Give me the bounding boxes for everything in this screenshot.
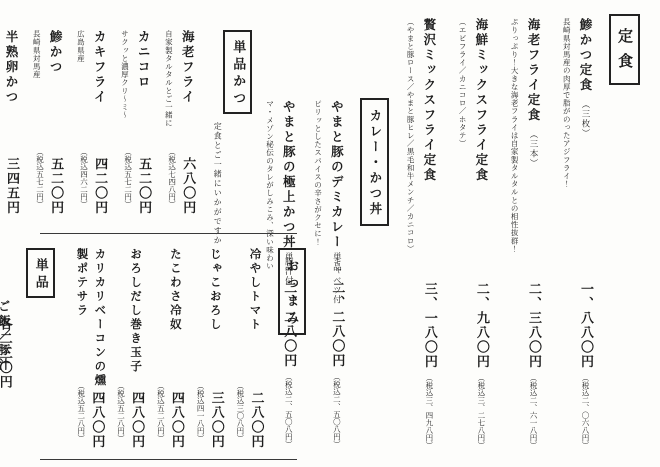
section-heading-box: カレー・かつ丼 xyxy=(360,14,389,456)
price-tax-amount: （税込五二八円） xyxy=(115,382,125,449)
price-tax-amount: （税込五二八円） xyxy=(76,382,86,449)
price-amount: 五二〇円 xyxy=(136,157,151,215)
item-price: 二八〇円（税込三〇八円） xyxy=(235,382,267,449)
item-name: じゃこおろし xyxy=(206,248,224,332)
price-amount: 三八〇円 xyxy=(209,391,224,449)
menu-item: じゃこおろし三八〇円（税込四一八円） xyxy=(203,246,228,458)
price-amount: 一、八八〇円 xyxy=(578,282,593,369)
item-name: 海老フライ定食（三本） xyxy=(526,18,541,168)
price-amount: 四八〇円 xyxy=(169,391,184,449)
menu-item: 海老フライ定食（三本）ぷりっぷり！大きな海老フライは自家製タルタルとの相性抜群！… xyxy=(509,14,545,456)
menu-item: たこわさ冷奴四八〇円（税込五二八円） xyxy=(163,246,188,458)
item-name-note: （三枚） xyxy=(580,100,590,138)
item-price: 三、一八〇円（税込三、四九八円） xyxy=(418,282,440,449)
section-heading-box: 単品 xyxy=(26,246,55,458)
menu-item: やまと豚のデミカレーキャベツ付ピリッとしたスパイスの辛さがクセに！単品二、二八〇… xyxy=(312,14,348,456)
item-description: ピリッとしたスパイスの辛さがクセに！ xyxy=(312,100,323,456)
item-name: 鯵かつ xyxy=(48,30,63,75)
price-tax-amount: （税込三〇八円） xyxy=(235,382,245,449)
menu-item: 贅沢ミックスフライ定食（やまと豚ロース／やまと豚ヒレ／黒毛和牛メンチ／カニコロ）… xyxy=(405,14,441,456)
price-amount: 三、一八〇円 xyxy=(422,282,437,369)
item-description: ぷりっぷり！大きな海老フライは自家製タルタルとの相性抜群！ xyxy=(509,18,520,456)
price-amount: 四八〇円 xyxy=(89,391,104,449)
price-tax-amount: （税込二、五〇八円） xyxy=(332,373,341,448)
price-tax-amount: （税込七四八円） xyxy=(167,148,177,215)
menu-item: おろしだし巻き玉子四八〇円（税込五二八円） xyxy=(123,246,148,458)
item-name: 贅沢ミックスフライ定食 xyxy=(422,18,437,183)
separator-line xyxy=(40,459,297,460)
price-tax-amount: （税込二、六一八円） xyxy=(529,374,538,449)
price-amount: 三四五円 xyxy=(4,157,19,215)
item-name: 半熟卵かつ xyxy=(4,30,19,105)
item-price: 四八〇円（税込五二八円） xyxy=(155,382,187,449)
section-heading-box: 定食 xyxy=(609,14,640,456)
item-description: （エビフライ／カニコロ／ホタテ） xyxy=(457,18,468,456)
price-tax-amount: （税込四一八円） xyxy=(195,382,205,449)
menu-item: カリカリベーコンの燻製ポテサラ四八〇円（税込五二八円） xyxy=(70,246,109,458)
item-price: 五二〇円（税込五七二円） xyxy=(122,148,154,215)
price-amount: 二、九八〇円 xyxy=(474,282,489,369)
price-tax-amount: （税込五二八円） xyxy=(155,382,165,449)
price-amount: 六八〇円 xyxy=(180,157,195,215)
item-name: カニコロ xyxy=(136,30,151,90)
item-price: 一、八八〇円（税込二、〇六八円） xyxy=(574,282,596,449)
price-amount: 四八〇円 xyxy=(129,391,144,449)
item-name: たこわさ冷奴 xyxy=(166,248,184,332)
menu-item: ご飯／豚汁各二三〇円（税込二五三円） xyxy=(0,246,16,458)
price-unit-label: 単品 xyxy=(331,252,341,273)
item-price: 四八〇円（税込五二八円） xyxy=(76,382,108,449)
item-name: 海老フライ xyxy=(180,30,195,105)
price-amount: 四二〇円 xyxy=(92,157,107,215)
item-name: 冷やしトマト xyxy=(246,248,264,332)
item-price: 五二〇円（税込五七二円） xyxy=(34,148,66,215)
item-name: おろしだし巻き玉子 xyxy=(126,248,144,374)
separator-line xyxy=(40,233,297,234)
price-amount: 五二〇円 xyxy=(48,157,63,215)
item-price: 三八〇円（税込四一八円） xyxy=(195,382,227,449)
price-tax-amount: （税込四六二円） xyxy=(78,148,88,215)
menu-item: 海鮮ミックスフライ定食（エビフライ／カニコロ／ホタテ）二、九八〇円（税込三、二七… xyxy=(457,14,493,456)
price-tax-amount: （税込五七二円） xyxy=(34,148,44,215)
item-name: 海鮮ミックスフライ定食 xyxy=(474,18,489,183)
price-amount: 二、二八〇円 xyxy=(329,281,344,368)
item-price: 六八〇円（税込七四八円） xyxy=(167,148,199,215)
menu-page: 定食 鯵かつ定食（三枚）長崎県対馬産の肉厚で脂がのったアジフライ！一、八八〇円（… xyxy=(0,0,660,467)
item-name: カリカリベーコンの燻製ポテサラ xyxy=(73,248,109,388)
bottom-band: おつまみ 冷やしトマト二八〇円（税込三〇八円）じゃこおろし三八〇円（税込四一八円… xyxy=(0,246,306,458)
section-heading: 単品かつ xyxy=(223,30,252,114)
section-heading: カレー・かつ丼 xyxy=(360,98,389,226)
price-tax-amount: （税込二、〇六八円） xyxy=(581,374,590,449)
item-name: 鯵かつ定食（三枚） xyxy=(578,18,593,138)
item-price: 二、九八〇円（税込三、二七八円） xyxy=(470,282,492,449)
section-heading: 定食 xyxy=(609,14,640,85)
price-tax-amount: （税込三、四九八円） xyxy=(425,374,434,449)
item-price: 四八〇円（税込五二八円） xyxy=(115,382,147,449)
item-price: 四二〇円（税込四六二円） xyxy=(78,148,110,215)
item-description: 長崎県対馬産の肉厚で脂がのったアジフライ！ xyxy=(561,18,572,456)
item-price: 単品二、二八〇円（税込二、五〇八円） xyxy=(326,252,348,448)
item-name: カキフライ xyxy=(92,30,107,105)
section-heading: 単品 xyxy=(26,248,55,298)
item-name-note: （三本） xyxy=(528,130,538,168)
price-tax-amount: （税込五七二円） xyxy=(122,148,132,215)
price-amount: 二八〇円 xyxy=(249,391,264,449)
price-amount: 二、三八〇円 xyxy=(526,282,541,369)
price-amount: 各二三〇円 xyxy=(0,317,12,390)
price-tax-amount: （税込三、二七八円） xyxy=(477,374,486,449)
item-price: 二、三八〇円（税込二、六一八円） xyxy=(522,282,544,449)
section-heading: おつまみ xyxy=(278,248,307,335)
item-price: 各二三〇円（税込二五三円） xyxy=(0,308,15,390)
menu-item: 鯵かつ定食（三枚）長崎県対馬産の肉厚で脂がのったアジフライ！一、八八〇円（税込二… xyxy=(561,14,597,456)
menu-item: 冷やしトマト二八〇円（税込三〇八円） xyxy=(243,246,268,458)
item-description: （やまと豚ロース／やまと豚ヒレ／黒毛和牛メンチ／カニコロ） xyxy=(405,18,416,456)
item-price: 三四五円（税込三八〇円） xyxy=(0,148,22,215)
section-heading-box: おつまみ xyxy=(278,246,307,458)
